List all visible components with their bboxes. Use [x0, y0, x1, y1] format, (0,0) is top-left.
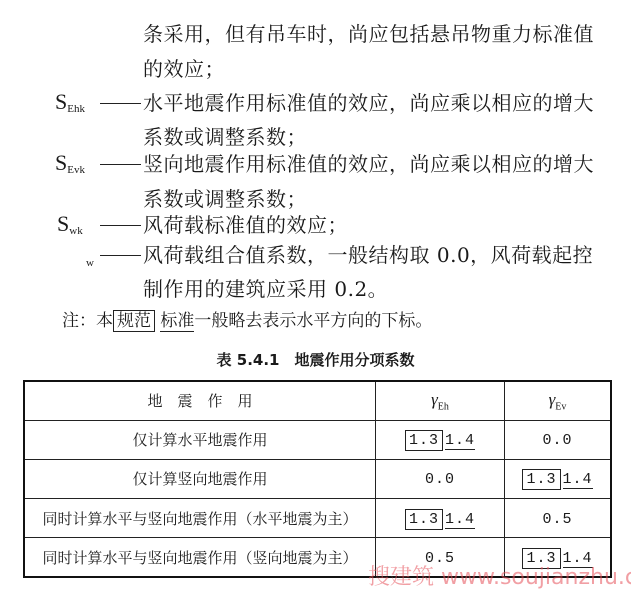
seismic-coefficient-table: 地 震 作 用 γEh γEv 仅计算水平地震作用 1.31.4 0.0 仅计算… — [23, 380, 612, 578]
em-dash — [100, 255, 141, 256]
note-boxed-text: 规范 — [113, 310, 155, 332]
symbol-letter: S — [55, 89, 67, 114]
value-boxed: 1.3 — [405, 509, 443, 530]
row-label: 同时计算水平与竖向地震作用（水平地震为主） — [24, 499, 376, 538]
row-label: 仅计算水平地震作用 — [24, 420, 376, 459]
table-row: 同时计算水平与竖向地震作用（水平地震为主） 1.31.4 0.5 — [24, 499, 611, 538]
symbol-subscript: w — [86, 257, 94, 269]
header-seismic-action: 地 震 作 用 — [24, 381, 376, 420]
cell-eh: 1.31.4 — [376, 499, 505, 538]
table-row: 仅计算竖向地震作用 0.0 1.31.4 — [24, 459, 611, 498]
header-gamma-eh: γEh — [376, 381, 505, 420]
definition-0-line-2: 的效应； — [143, 57, 225, 81]
definition-ehk-line-2: 系数或调整系数； — [143, 125, 307, 149]
value-underlined: 1.4 — [445, 432, 475, 450]
note-suffix: 一般略去表示水平方向的下标。 — [194, 311, 432, 331]
symbol-subscript: Ehk — [67, 103, 85, 115]
symbol-s-ehk: SEhk — [55, 90, 85, 121]
symbol-subscript: wk — [69, 225, 82, 237]
definition-w-line-2: 制作用的建筑应采用 0.2。 — [143, 277, 388, 301]
symbol-s-wk: Swk — [57, 212, 83, 243]
value-plain: 0.0 — [542, 432, 572, 449]
value-plain: 0.0 — [425, 471, 455, 488]
definition-wk-line-1: 风荷载标准值的效应； — [143, 213, 348, 237]
definition-ehk-line-1: 水平地震作用标准值的效应，尚应乘以相应的增大 — [143, 91, 594, 115]
note: 注：本规范 标准一般略去表示水平方向的下标。 — [62, 310, 432, 332]
cell-ev: 0.0 — [505, 420, 612, 459]
symbol-s-evk: SEvk — [55, 151, 85, 182]
em-dash — [100, 164, 141, 165]
note-underlined-text: 标准 — [160, 311, 194, 332]
row-label: 仅计算竖向地震作用 — [24, 459, 376, 498]
table-row: 仅计算水平地震作用 1.31.4 0.0 — [24, 420, 611, 459]
symbol-subscript: Evk — [67, 164, 85, 176]
gamma-subscript: Ev — [555, 401, 566, 412]
cell-ev: 1.31.4 — [505, 459, 612, 498]
gamma-subscript: Eh — [438, 401, 449, 412]
gamma-symbol: γ — [431, 390, 438, 409]
definition-evk-line-2: 系数或调整系数； — [143, 187, 307, 211]
definition-evk-line-1: 竖向地震作用标准值的效应，尚应乘以相应的增大 — [143, 152, 594, 176]
row-label: 同时计算水平与竖向地震作用（竖向地震为主） — [24, 538, 376, 577]
value-boxed: 1.3 — [522, 469, 560, 490]
cell-eh: 0.0 — [376, 459, 505, 498]
definition-w-line-1: 风荷载组合值系数，一般结构取 0.0，风荷载起控 — [143, 243, 593, 267]
table-header-row: 地 震 作 用 γEh γEv — [24, 381, 611, 420]
value-underlined: 1.4 — [445, 511, 475, 529]
symbol-psi-w: w — [86, 244, 94, 275]
em-dash — [100, 103, 141, 104]
symbol-letter: S — [57, 211, 69, 236]
table-caption: 表 5.4.1 地震作用分项系数 — [0, 350, 631, 370]
header-gamma-ev: γEv — [505, 381, 612, 420]
value-underlined: 1.4 — [563, 471, 593, 489]
watermark: 搜建筑 www.soujianzhu.cn — [368, 560, 631, 591]
cell-eh: 1.31.4 — [376, 420, 505, 459]
em-dash — [100, 225, 141, 226]
note-prefix: 注：本 — [62, 311, 113, 331]
symbol-letter: S — [55, 150, 67, 175]
value-plain: 0.5 — [542, 511, 572, 528]
cell-ev: 0.5 — [505, 499, 612, 538]
value-boxed: 1.3 — [405, 430, 443, 451]
definition-0-line-1: 条采用，但有吊车时，尚应包括悬吊物重力标准值 — [143, 22, 594, 46]
